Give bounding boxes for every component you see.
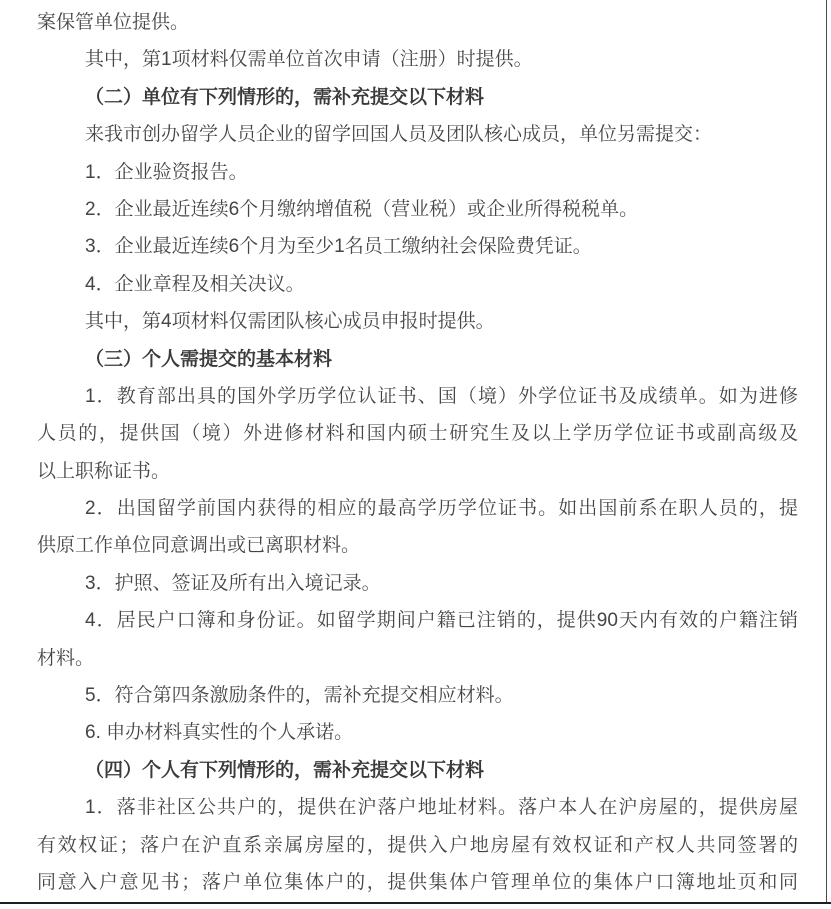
text-line: 1．落非社区公共户的，提供在沪落户地址材料。落户本人在沪房屋的，提供房屋	[37, 789, 798, 826]
paragraph: 3．护照、签证及所有出入境记录。	[37, 565, 798, 602]
paragraph: 2．企业最近连续6个月缴纳增值税（营业税）或企业所得税税单。	[37, 191, 798, 228]
text-line: （二）单位有下列情形的，需补充提交以下材料	[37, 79, 798, 116]
text-line: 3．护照、签证及所有出入境记录。	[37, 565, 798, 602]
text-line: 2．企业最近连续6个月缴纳增值税（营业税）或企业所得税税单。	[37, 191, 798, 228]
section-heading: （三）个人需提交的基本材料	[37, 341, 798, 378]
text-line: 4．企业章程及相关决议。	[37, 266, 798, 303]
text-line: 其中，第1项材料仅需单位首次申请（注册）时提供。	[37, 41, 798, 78]
text-line: 案保管单位提供。	[37, 4, 798, 41]
paragraph: 4．企业章程及相关决议。	[37, 266, 798, 303]
text-line: 2．出国留学前国内获得的相应的最高学历学位证书。如出国前系在职人员的，提	[37, 490, 798, 527]
paragraph: 6. 申办材料真实性的个人承诺。	[37, 714, 798, 751]
section-heading: （二）单位有下列情形的，需补充提交以下材料	[37, 79, 798, 116]
paragraph: 案保管单位提供。	[37, 4, 798, 41]
paragraph: 2．出国留学前国内获得的相应的最高学历学位证书。如出国前系在职人员的，提供原工作…	[37, 490, 798, 565]
document-body: 案保管单位提供。其中，第1项材料仅需单位首次申请（注册）时提供。（二）单位有下列…	[0, 0, 831, 901]
text-line: 1．企业验资报告。	[37, 154, 798, 191]
text-line: 1．教育部出具的国外学历学位认证书、国（境）外学位证书及成绩单。如为进修	[37, 378, 798, 415]
text-line: 3．企业最近连续6个月为至少1名员工缴纳社会保险费凭证。	[37, 228, 798, 265]
text-line: 有效权证；落户在沪直系亲属房屋的，提供入户地房屋有效权证和产权人共同签署的	[37, 827, 798, 864]
text-line: 供原工作单位同意调出或已离职材料。	[37, 527, 798, 564]
text-line: 5．符合第四条激励条件的，需补充提交相应材料。	[37, 677, 798, 714]
text-line: 6. 申办材料真实性的个人承诺。	[37, 714, 798, 751]
text-line: （三）个人需提交的基本材料	[37, 341, 798, 378]
section-heading: （四）个人有下列情形的，需补充提交以下材料	[37, 752, 798, 789]
text-line: 材料。	[37, 640, 798, 677]
document-page: 案保管单位提供。其中，第1项材料仅需单位首次申请（注册）时提供。（二）单位有下列…	[0, 0, 831, 909]
page-right-border	[826, 0, 827, 903]
paragraph: 5．符合第四条激励条件的，需补充提交相应材料。	[37, 677, 798, 714]
paragraph: 其中，第4项材料仅需团队核心成员申报时提供。	[37, 303, 798, 340]
page-bottom-border	[0, 902, 831, 904]
paragraph: 1．落非社区公共户的，提供在沪落户地址材料。落户本人在沪房屋的，提供房屋有效权证…	[37, 789, 798, 901]
text-line: 4．居民户口簿和身份证。如留学期间户籍已注销的，提供90天内有效的户籍注销	[37, 602, 798, 639]
text-line: 人员的，提供国（境）外进修材料和国内硕士研究生及以上学历学位证书或副高级及	[37, 415, 798, 452]
text-line: （四）个人有下列情形的，需补充提交以下材料	[37, 752, 798, 789]
paragraph: 1．企业验资报告。	[37, 154, 798, 191]
paragraph: 4．居民户口簿和身份证。如留学期间户籍已注销的，提供90天内有效的户籍注销材料。	[37, 602, 798, 677]
text-line: 其中，第4项材料仅需团队核心成员申报时提供。	[37, 303, 798, 340]
text-line: 以上职称证书。	[37, 453, 798, 490]
text-line: 同意入户意见书；落户单位集体户的，提供集体户管理单位的集体户口簿地址页和同	[37, 864, 798, 901]
paragraph: 3．企业最近连续6个月为至少1名员工缴纳社会保险费凭证。	[37, 228, 798, 265]
text-line: 来我市创办留学人员企业的留学回国人员及团队核心成员，单位另需提交：	[37, 116, 798, 153]
paragraph: 其中，第1项材料仅需单位首次申请（注册）时提供。	[37, 41, 798, 78]
paragraph: 来我市创办留学人员企业的留学回国人员及团队核心成员，单位另需提交：	[37, 116, 798, 153]
paragraph: 1．教育部出具的国外学历学位认证书、国（境）外学位证书及成绩单。如为进修人员的，…	[37, 378, 798, 490]
